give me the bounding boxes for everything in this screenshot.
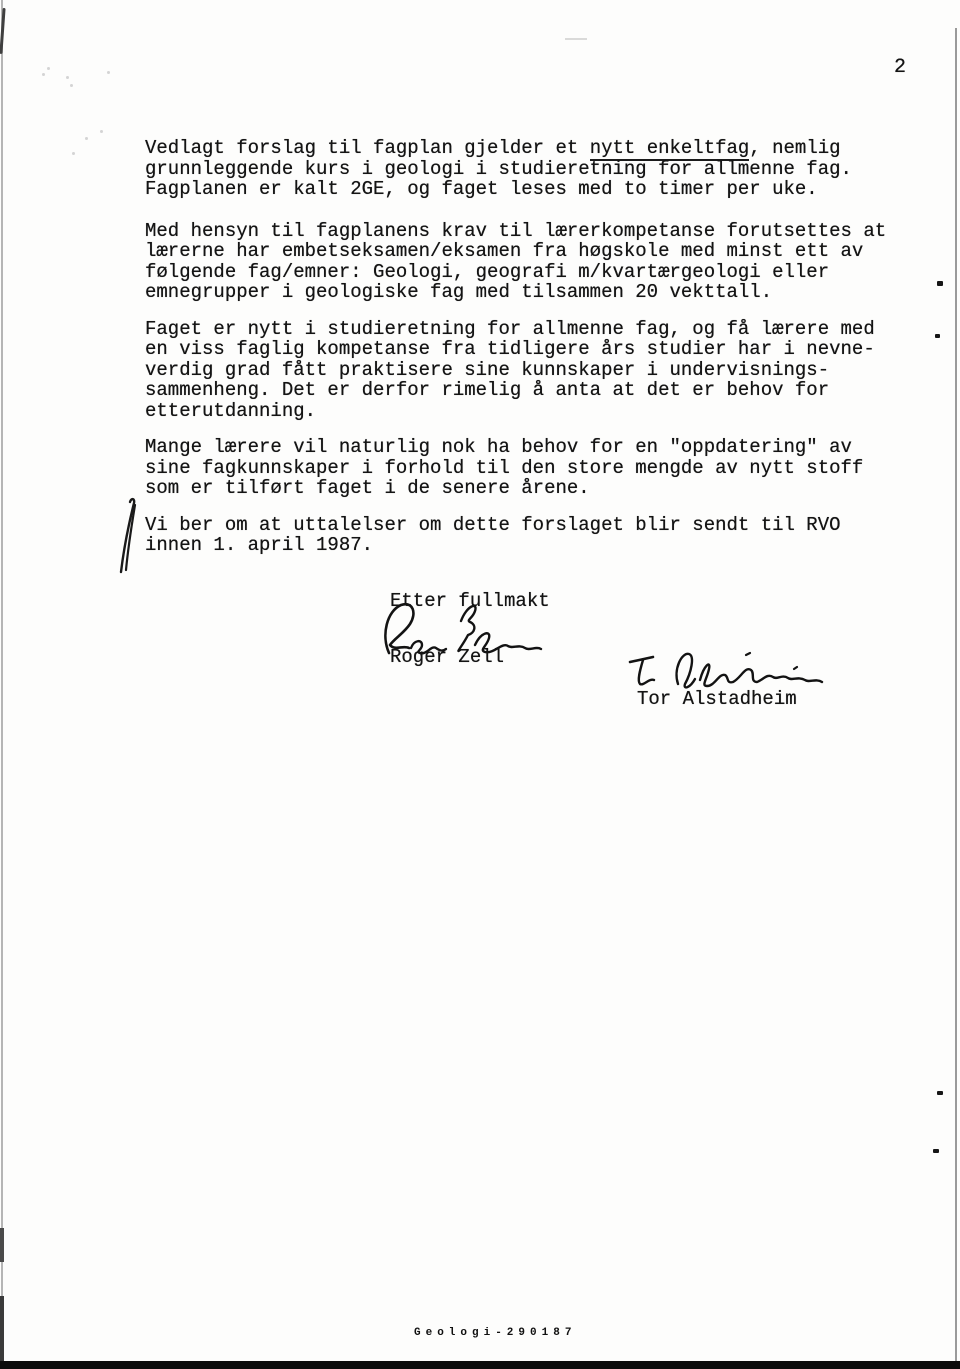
scan-speck — [72, 152, 75, 155]
paragraph-teacher-competence: Med hensyn til fagplanens krav til lærer… — [145, 221, 915, 303]
scan-edge-left — [1, 0, 3, 1369]
signer-name-right: Tor Alstadheim — [637, 689, 797, 710]
paragraph-new-subject: Faget er nytt i studieretning for allmen… — [145, 319, 915, 422]
signer-name-left: Roger Zell — [390, 647, 504, 668]
handwritten-margin-mark — [115, 497, 145, 577]
scan-speck — [70, 84, 73, 87]
scan-dot — [935, 334, 940, 338]
paragraph-request-statements: Vi ber om at uttalelser om dette forslag… — [145, 515, 915, 556]
footer-archive-code: Geologi-290187 — [414, 1327, 576, 1339]
scan-speck — [100, 130, 103, 133]
scan-dot — [937, 1091, 943, 1095]
paragraph-updating-need: Mange lærere vil naturlig nok ha behov f… — [145, 437, 915, 499]
letter-body: Vedlagt forslag til fagplan gjelder et n… — [145, 138, 915, 572]
scanned-letter-page: { "page": { "number": "2", "footer_code"… — [0, 0, 960, 1369]
scan-speck — [66, 76, 69, 79]
paragraph-intro-pre: Vedlagt forslag til fagplan gjelder et — [145, 137, 590, 159]
scan-bottom-bar — [0, 1361, 960, 1369]
scan-dot — [937, 281, 943, 286]
scan-speck — [47, 67, 50, 70]
paragraph-intro: Vedlagt forslag til fagplan gjelder et n… — [145, 138, 915, 200]
scan-speck — [107, 71, 110, 74]
scan-edge-left-dark-segment — [0, 1228, 4, 1262]
scan-artifact-dash — [565, 38, 587, 40]
scan-dot — [933, 1149, 939, 1153]
scan-edge-left-dark-segment — [0, 1296, 4, 1369]
page-number: 2 — [894, 58, 906, 79]
scan-speck — [42, 73, 45, 76]
scan-edge-right — [955, 28, 957, 1362]
scan-speck — [85, 137, 88, 140]
